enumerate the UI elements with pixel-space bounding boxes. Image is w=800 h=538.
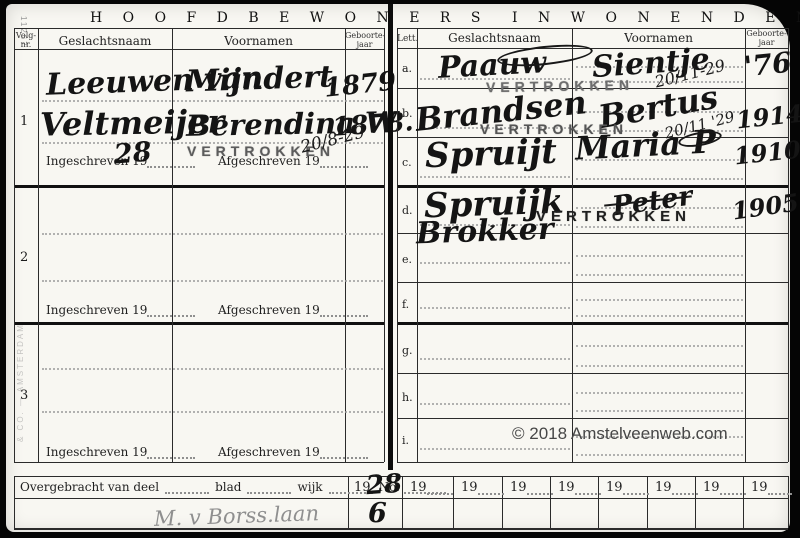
transfer-year-handwritten: 28 bbox=[365, 469, 403, 501]
right-row-rule bbox=[397, 282, 788, 283]
writing-line bbox=[420, 448, 570, 450]
year-cell: 19 bbox=[606, 480, 649, 495]
right-row-rule bbox=[397, 418, 788, 419]
left-col-firstnames-label: Voornamen bbox=[172, 34, 345, 48]
afgeschreven-label: Afgeschreven 19 bbox=[218, 303, 368, 317]
writing-line bbox=[576, 410, 743, 412]
year-cell: 19 bbox=[703, 480, 746, 495]
writing-line bbox=[576, 454, 743, 456]
vertrokken-stamp: VERTROKKEN bbox=[536, 208, 691, 225]
year-cell: 19 bbox=[410, 480, 453, 495]
year-cell: 19 bbox=[655, 480, 698, 495]
paper-sheet: 11267 & CO. — AMSTERDAM H O O F D B E W … bbox=[6, 4, 790, 532]
strip-cell-rule bbox=[14, 476, 15, 528]
row-number-3: 3 bbox=[20, 388, 28, 403]
birthyear-entry: 1905 bbox=[730, 187, 800, 225]
left-table-border bbox=[14, 28, 15, 462]
left-row-divider-2 bbox=[14, 322, 384, 325]
left-section-title: H O O F D B E W O N E R S bbox=[90, 10, 488, 26]
right-row-rule bbox=[397, 373, 788, 374]
left-table-top-rule bbox=[14, 28, 384, 29]
surname-added-entry: Brokker bbox=[415, 212, 554, 252]
strip-bottom-rule bbox=[14, 528, 788, 530]
writing-line bbox=[42, 233, 383, 235]
writing-line bbox=[576, 392, 743, 394]
writing-line bbox=[576, 299, 743, 301]
writing-line bbox=[42, 280, 383, 282]
page-fold-divider bbox=[388, 4, 393, 470]
row-number-2: 2 bbox=[20, 250, 28, 265]
house-number-handwritten: 6 bbox=[368, 498, 387, 529]
row-letter: e. bbox=[402, 253, 412, 266]
year-cell: 19 bbox=[558, 480, 601, 495]
right-table-top-rule bbox=[397, 28, 788, 29]
right-row-divider bbox=[397, 322, 788, 325]
ingeschreven-label: Ingeschreven 19 bbox=[46, 445, 195, 459]
left-row-divider-1 bbox=[14, 185, 384, 188]
ingeschreven-year-handwritten: 28 bbox=[113, 136, 153, 170]
writing-line bbox=[576, 345, 743, 347]
ingeschreven-label: Ingeschreven 19 bbox=[46, 303, 195, 317]
year-cell: 19 bbox=[510, 480, 553, 495]
firstnames-entry: Mijndert bbox=[185, 59, 333, 99]
row-letter: g. bbox=[402, 344, 413, 357]
afgeschreven-label: Afgeschreven 19 bbox=[218, 445, 368, 459]
left-table-bottom-rule bbox=[14, 462, 384, 463]
right-col-lett-label: Lett. bbox=[397, 35, 417, 44]
scanned-register-page: 11267 & CO. — AMSTERDAM H O O F D B E W … bbox=[0, 0, 800, 538]
row-letter: h. bbox=[402, 391, 413, 404]
birthyear-entry: 1914 bbox=[735, 99, 800, 135]
year-cell: 19 bbox=[751, 480, 792, 495]
writing-line bbox=[42, 368, 383, 370]
left-col-surname-label: Geslachtsnaam bbox=[38, 34, 172, 48]
writing-line bbox=[576, 365, 743, 367]
writing-line bbox=[576, 315, 743, 317]
writing-line bbox=[420, 358, 570, 360]
writing-line bbox=[420, 403, 570, 405]
writing-line bbox=[420, 176, 570, 178]
row-letter: a. bbox=[402, 62, 412, 75]
right-col-firstnames-rule bbox=[745, 28, 746, 462]
right-section-title: I N W O N E N D E N bbox=[512, 10, 800, 26]
row-letter: c. bbox=[402, 156, 412, 169]
watermark-copyright: © 2018 Amstelveenweb.com bbox=[512, 424, 728, 444]
birthyear-entry: '76 bbox=[742, 46, 793, 84]
row-letter: b. bbox=[402, 107, 413, 120]
right-table-bottom-rule bbox=[397, 462, 788, 463]
right-col-surname-label: Geslachtsnaam bbox=[417, 31, 572, 45]
margin-printer-imprint: & CO. — AMSTERDAM bbox=[16, 323, 25, 442]
row-number-1: 1 bbox=[20, 114, 28, 129]
writing-line bbox=[420, 307, 570, 309]
writing-line bbox=[576, 226, 743, 228]
left-col-birthyear-label: Geboorte-jaar bbox=[345, 31, 384, 49]
left-header-bottom-rule bbox=[14, 49, 384, 50]
left-col-volgnr-label: Volg-nr. bbox=[14, 31, 38, 49]
birthyear-entry: 1910 bbox=[733, 135, 800, 171]
left-col-volgnr-rule bbox=[38, 28, 39, 462]
row-letter: f. bbox=[402, 298, 409, 311]
right-col-firstnames-label: Voornamen bbox=[572, 31, 745, 45]
right-col-birthyear-label: Geboorte-jaar bbox=[745, 29, 788, 47]
surname-entry: Spruijt bbox=[424, 132, 557, 177]
right-table-right-border bbox=[788, 28, 789, 462]
writing-line bbox=[42, 411, 383, 413]
afgeschreven-label: Afgeschreven 19 bbox=[218, 154, 368, 168]
writing-line bbox=[576, 255, 743, 257]
birthyear-entry: 1879 bbox=[323, 66, 398, 103]
strip-cell-rule bbox=[453, 476, 454, 528]
writing-line bbox=[576, 274, 743, 276]
pencil-street-note: M. v Borss.laan bbox=[154, 501, 320, 531]
row-letter: i. bbox=[402, 434, 409, 447]
year-cell: 19 bbox=[461, 480, 504, 495]
row-letter: d. bbox=[402, 204, 413, 217]
writing-line bbox=[576, 178, 743, 180]
writing-line bbox=[420, 262, 570, 264]
right-table-border bbox=[397, 28, 398, 462]
